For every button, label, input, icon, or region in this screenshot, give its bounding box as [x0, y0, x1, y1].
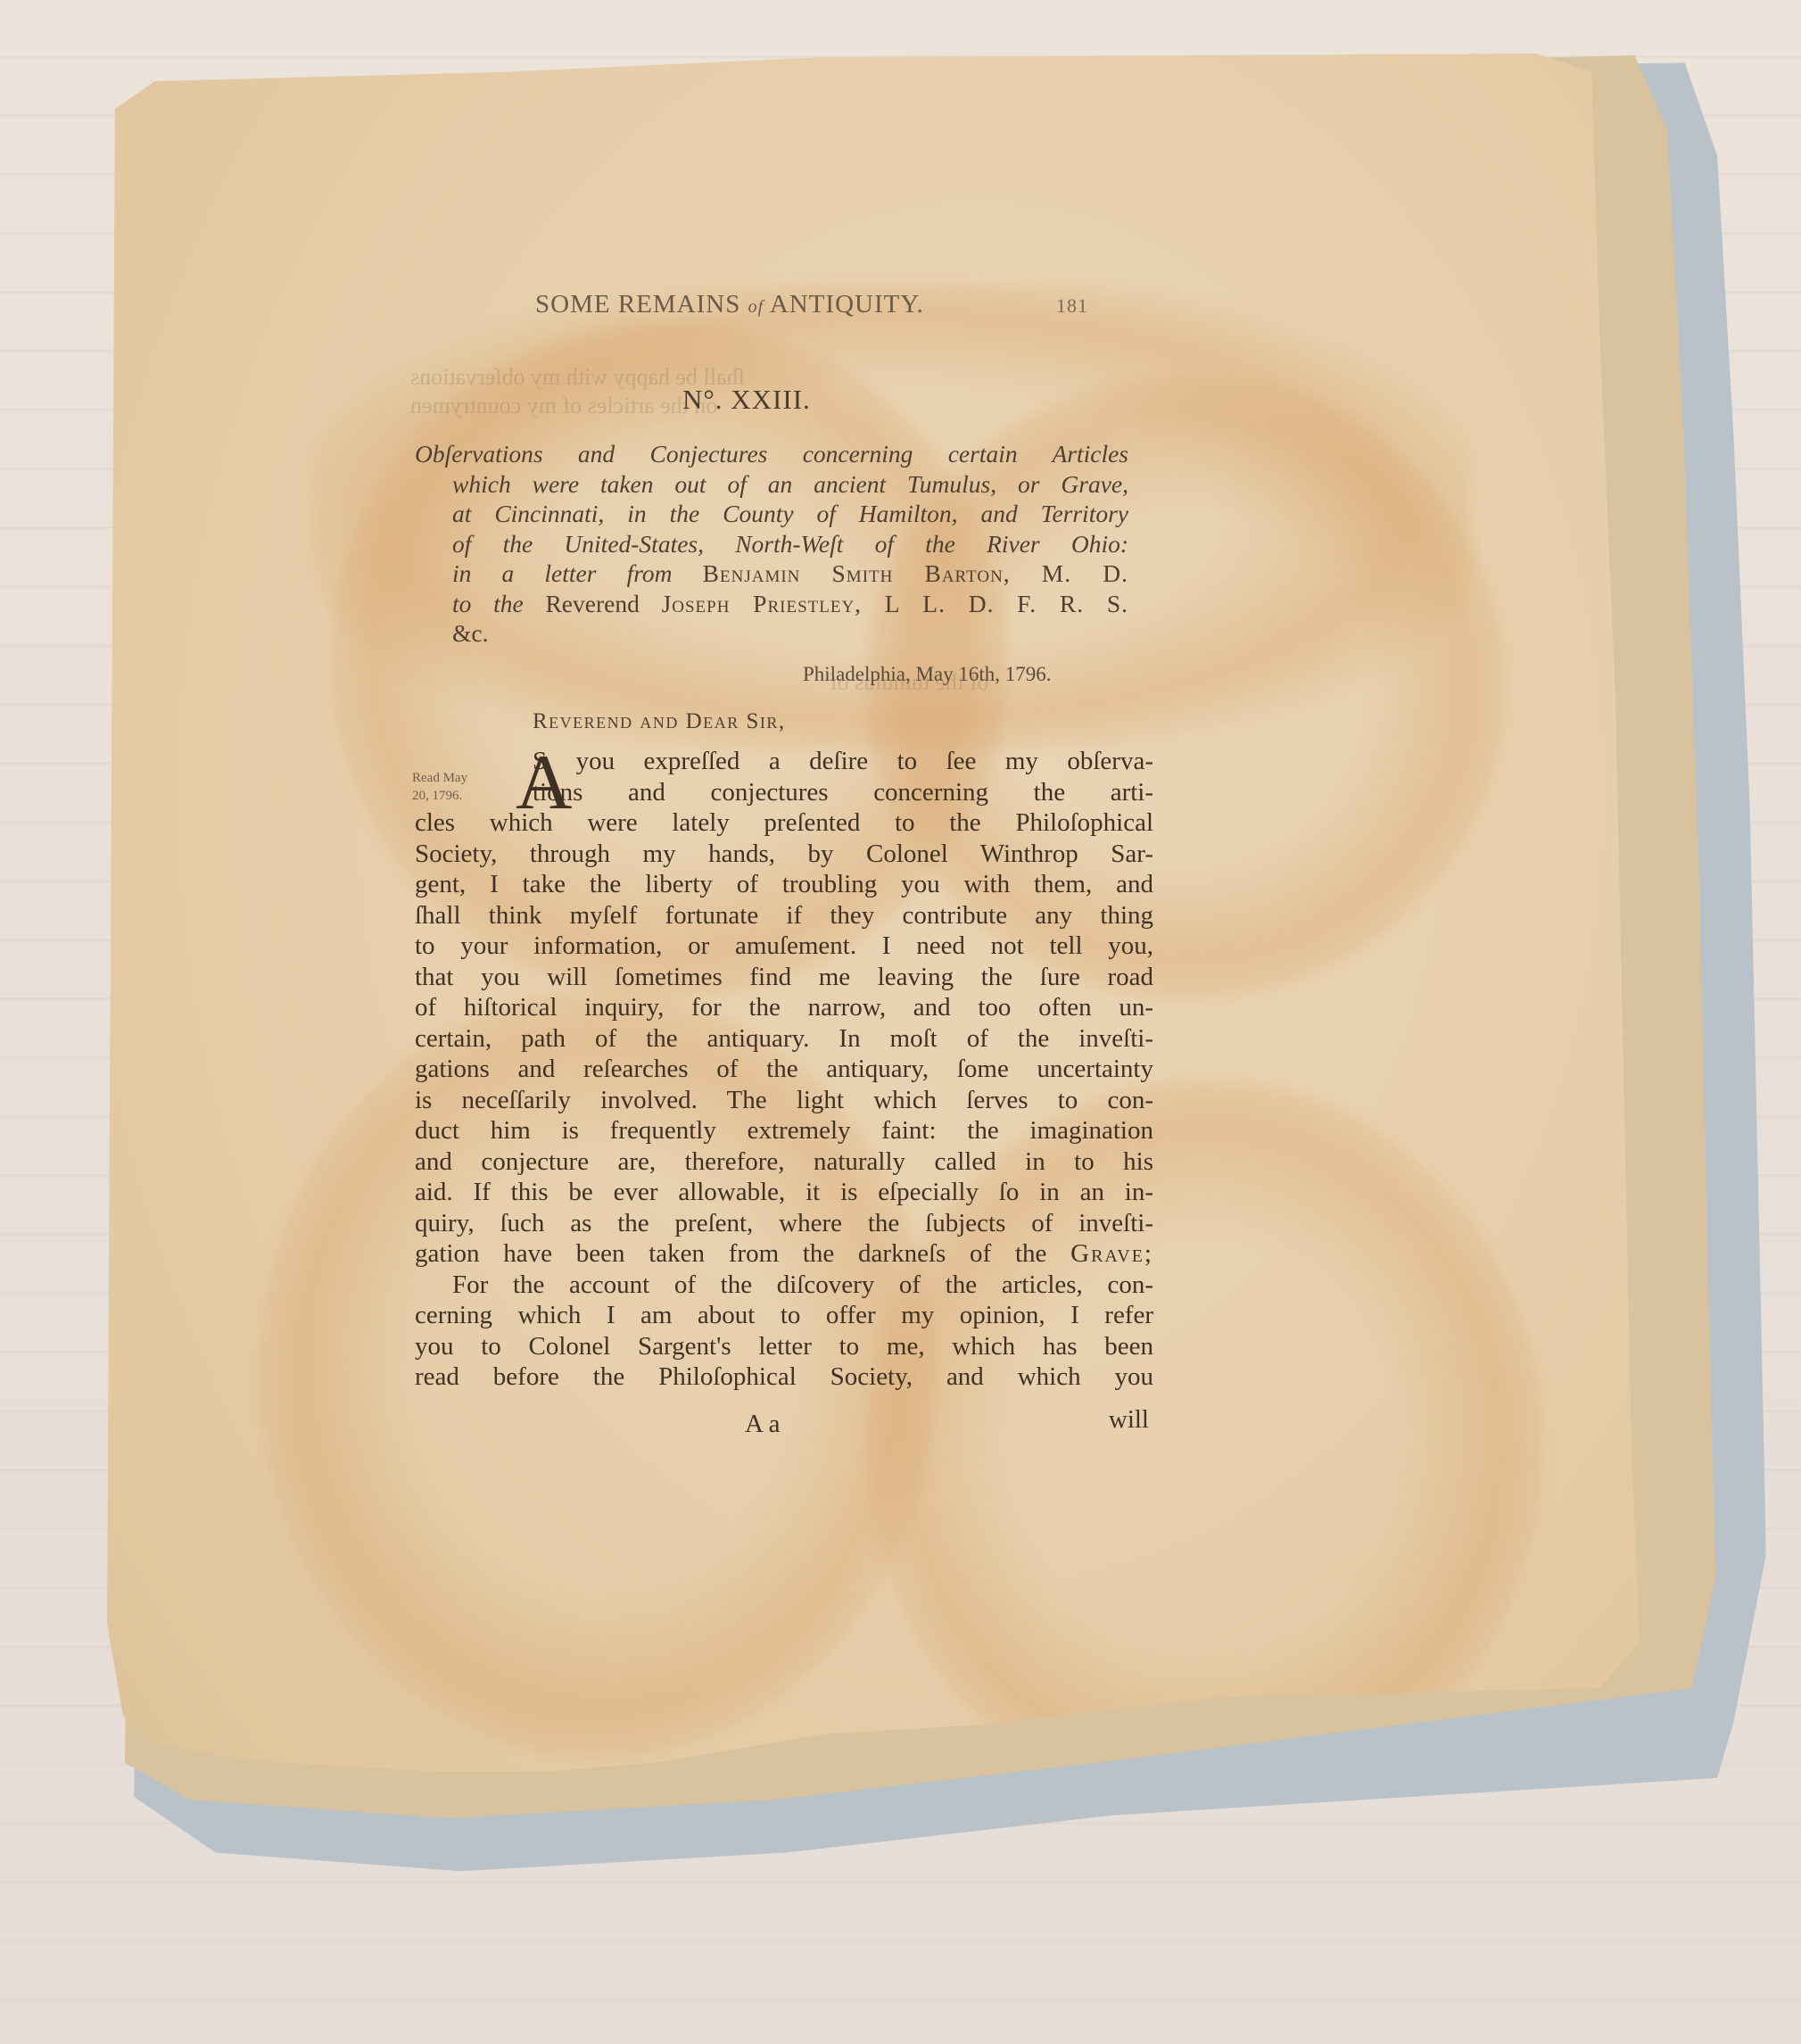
body-line: gent, I take the liberty of troubling yo…	[415, 869, 1153, 900]
body-line: gations and reſearches of the antiquary,…	[415, 1054, 1153, 1085]
article-title: Obſervations and Conjectures concerning …	[415, 439, 1128, 649]
body-line: to your information, or amuſement. I nee…	[415, 931, 1153, 962]
body-line: that you will ſometimes find me leaving …	[415, 962, 1153, 993]
body-line: quiry, ſuch as the preſent, where the ſu…	[415, 1208, 1153, 1239]
body-line: gation have been taken from the darkneſs…	[415, 1238, 1153, 1270]
title-line: &c.	[415, 618, 1128, 649]
author-name: Benjamin Smith Barton, M. D.	[703, 559, 1128, 587]
body-line: is neceſſarily involved. The light which…	[415, 1085, 1153, 1116]
body-line: certain, path of the antiquary. In moſt …	[415, 1023, 1153, 1055]
body-line: you to Colonel Sargent's letter to me, w…	[415, 1331, 1153, 1362]
title-line: in a letter from Benjamin Smith Barton, …	[415, 559, 1128, 589]
letter-body: S you expreſſed a deſire to ſee my obſer…	[415, 746, 1153, 1393]
title-line: at Cincinnati, in the County of Hamilton…	[415, 499, 1128, 529]
bleed-through-text: on the articles of my countrymen	[410, 393, 717, 419]
body-line: Society, through my hands, by Colonel Wi…	[415, 839, 1153, 870]
body-line: cles which were lately preſented to the …	[415, 807, 1153, 839]
body-line: and conjecture are, therefore, naturally…	[415, 1146, 1153, 1178]
dateline: Philadelphia, May 16th, 1796.	[803, 663, 1052, 686]
title-line: to the Reverend Joseph Priestley, L L. D…	[415, 589, 1128, 619]
grave-word: Grave;	[1070, 1239, 1153, 1268]
running-head-title: SOME REMAINS of ANTIQUITY.	[535, 290, 924, 319]
body-line: aid. If this be ever allowable, it is eſ…	[415, 1177, 1153, 1208]
recipient-name: Joseph Priestley, L L. D. F. R. S.	[662, 590, 1128, 617]
page-number: 181	[1056, 294, 1088, 318]
title-line: Obſervations and Conjectures concerning …	[415, 439, 1128, 469]
body-line: ſhall think myſelf fortunate if they con…	[415, 900, 1153, 931]
body-line: read before the Philoſophical Society, a…	[415, 1361, 1153, 1393]
body-line: of hiſtorical inquiry, for the narrow, a…	[415, 992, 1153, 1023]
body-line: tions and conjectures concerning the art…	[415, 777, 1153, 808]
body-line: For the account of the diſcovery of the …	[415, 1270, 1153, 1301]
body-line: cerning which I am about to offer my opi…	[415, 1300, 1153, 1331]
title-line: of the United-States, North-Weſt of the …	[415, 529, 1128, 559]
salutation: Reverend and Dear Sir,	[533, 709, 786, 734]
body-line: S you expreſſed a deſire to ſee my obſer…	[415, 746, 1153, 777]
body-line: duct him is frequently extremely faint: …	[415, 1115, 1153, 1146]
catchword: will	[1109, 1405, 1149, 1435]
running-head: SOME REMAINS of ANTIQUITY. 181	[535, 290, 1088, 319]
article-number: N°. XXIII.	[682, 384, 811, 416]
title-line: which were taken out of an ancient Tumul…	[415, 469, 1128, 500]
signature-mark: A a	[745, 1410, 780, 1439]
